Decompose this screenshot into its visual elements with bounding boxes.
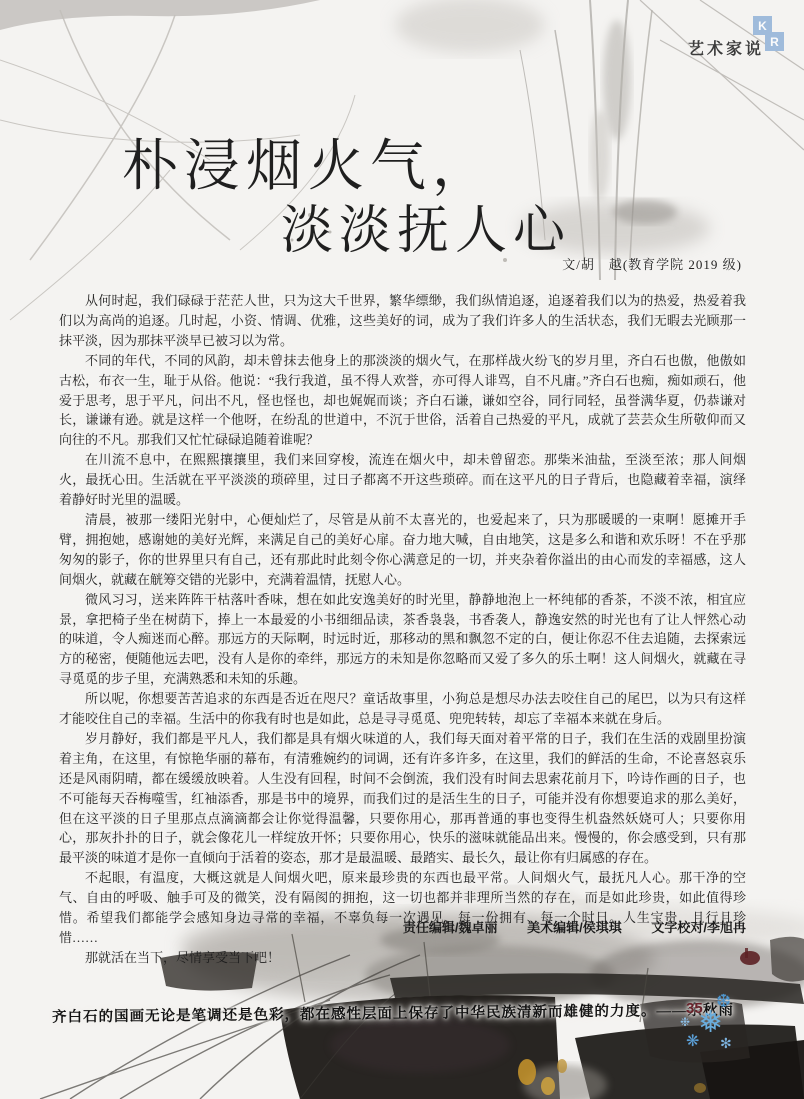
paragraph: 从何时起，我们碌碌于茫茫人世，只为这大千世界，繁华缥缈，我们纵情追逐，追逐着我们… bbox=[59, 291, 746, 351]
magazine-page: 艺术家说 K R 朴浸烟火气， 淡淡抚人心 文/胡 越(教育学院 2019 级)… bbox=[0, 0, 804, 1099]
paragraph: 岁月静好，我们都是平凡人，我们都是具有烟火味道的人，我们每天面对着平常的日子，我… bbox=[59, 729, 746, 868]
paragraph: 清晨，被那一缕阳光射中，心便灿烂了，尽管是从前不太喜光的，也爱起来了，只为那暖暖… bbox=[59, 510, 746, 590]
logo-letter-r-icon: R bbox=[765, 32, 784, 51]
snowflake-icon: ✻ bbox=[720, 1038, 732, 1052]
paragraph: 不同的年代，不同的风韵，却未曾抹去他身上的那淡淡的烟火气，在那样战火纷飞的岁月里… bbox=[59, 351, 746, 451]
kr-logo: K R bbox=[753, 16, 789, 56]
article-title-line2: 淡淡抚人心 bbox=[281, 188, 571, 263]
snowflake-icon: ❉ bbox=[680, 1016, 690, 1028]
credits-line: 责任编辑/魏卓丽 美术编辑/侯琪琪 文字校对/李旭冉 bbox=[377, 917, 746, 936]
credit-item: 美术编辑/侯琪琪 bbox=[527, 920, 622, 935]
paragraph: 在川流不息中，在熙熙攘攘里，我们来回穿梭，流连在烟火中，却未曾留恋。那柴米油盐，… bbox=[59, 450, 746, 510]
byline: 文/胡 越(教育学院 2019 级) bbox=[562, 254, 742, 273]
credit-item: 文字校对/李旭冉 bbox=[651, 920, 746, 935]
article-body: 从何时起，我们碌碌于茫茫人世，只为这大千世界，繁华缥缈，我们纵情追逐，追逐着我们… bbox=[59, 291, 746, 968]
paragraph: 那就活在当下，尽情享受当下吧！ bbox=[59, 948, 746, 968]
snowflake-decoration: ❅ ❆ ❋ ✻ ❉ bbox=[680, 990, 760, 1070]
snowflake-icon: ❅ bbox=[698, 1008, 723, 1038]
snowflake-icon: ❆ bbox=[716, 992, 731, 1010]
snowflake-icon: ❋ bbox=[686, 1034, 699, 1050]
paragraph: 微风习习，送来阵阵干枯落叶香味，想在如此安逸美好的时光里，静静地泡上一杯纯郁的香… bbox=[59, 590, 746, 690]
paragraph: 所以呢，你想要苦苦追求的东西是否近在咫尺？童话故事里，小狗总是想尽办法去咬住自己… bbox=[59, 689, 746, 729]
credit-item: 责任编辑/魏卓丽 bbox=[403, 920, 498, 935]
